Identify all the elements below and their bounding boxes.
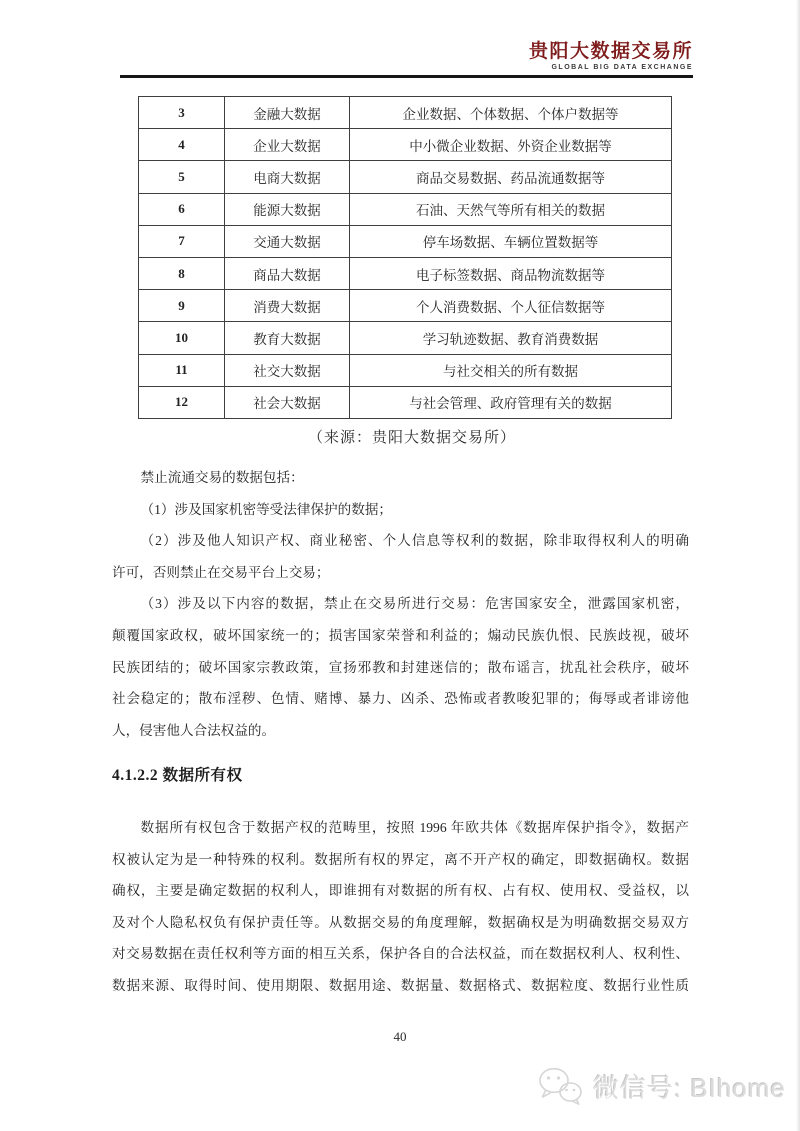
row-number-cell: 11 <box>139 354 225 386</box>
text-line: 对交易数据在责任权利等方面的相互关系，保护各自的合法权益，而在数据权利人、权利性… <box>112 938 689 970</box>
category-cell: 金融大数据 <box>225 97 350 129</box>
row-number-cell: 12 <box>139 386 225 418</box>
page-number: 40 <box>0 1029 800 1045</box>
table-row: 8 商品大数据 电子标签数据、商品物流数据等 <box>139 257 672 289</box>
category-cell: 商品大数据 <box>225 257 350 289</box>
row-number-cell: 6 <box>139 193 225 225</box>
text-line: 许可，否则禁止在交易平台上交易； <box>112 557 689 589</box>
text-line: 确权，主要是确定数据的权利人，即谁拥有对数据的所有权、占有权、使用权、受益权，以 <box>112 875 689 907</box>
text-line: 数据来源、取得时间、使用期限、数据用途、数据量、数据格式、数据粒度、数据行业性质 <box>112 970 689 1002</box>
description-cell: 与社交相关的所有数据 <box>350 354 672 386</box>
description-cell: 个人消费数据、个人征信数据等 <box>350 290 672 322</box>
table-row: 6 能源大数据 石油、天然气等所有相关的数据 <box>139 193 672 225</box>
description-cell: 商品交易数据、药品流通数据等 <box>350 161 672 193</box>
description-cell: 电子标签数据、商品物流数据等 <box>350 257 672 289</box>
table-row: 3 金融大数据 企业数据、个体数据、个体户数据等 <box>139 97 672 129</box>
brand-logo-text: 贵阳大数据交易所 <box>120 41 693 62</box>
text-line: 社会稳定的；散布淫秽、色情、赌博、暴力、凶杀、恐怖或者教唆犯罪的；侮辱或者诽谤他 <box>112 683 689 715</box>
row-number-cell: 9 <box>139 290 225 322</box>
table-row: 11 社交大数据 与社交相关的所有数据 <box>139 354 672 386</box>
category-cell: 消费大数据 <box>225 290 350 322</box>
table-row: 9 消费大数据 个人消费数据、个人征信数据等 <box>139 290 672 322</box>
text-line: 颠覆国家政权，破坏国家统一的；损害国家荣誉和利益的；煽动民族仇恨、民族歧视，破坏 <box>112 620 689 652</box>
description-cell: 学习轨迹数据、教育消费数据 <box>350 322 672 354</box>
text-line: 权被认定为是一种特殊的权利。数据所有权的界定，离不开产权的确定，即数据确权。数据 <box>112 844 689 876</box>
list-item-2: （2）涉及他人知识产权、商业秘密、个人信息等权利的数据，除非取得权利人的明确 <box>112 525 689 557</box>
category-cell: 交通大数据 <box>225 225 350 257</box>
section-heading: 4.1.2.2 数据所有权 <box>112 763 243 785</box>
page-header: 贵阳大数据交易所 GLOBAL BIG DATA EXCHANGE <box>120 41 693 78</box>
table-source-note: （来源：贵阳大数据交易所） <box>112 426 712 447</box>
category-cell: 电商大数据 <box>225 161 350 193</box>
document-page: 贵阳大数据交易所 GLOBAL BIG DATA EXCHANGE 3 金融大数… <box>0 0 800 1131</box>
brand-logo-subtext: GLOBAL BIG DATA EXCHANGE <box>120 63 693 72</box>
text-line: 人，侵害他人合法权益的。 <box>112 715 689 747</box>
text-line: 民族团结的；破坏国家宗教政策，宣扬邪教和封建迷信的；散布谣言，扰乱社会秩序，破坏 <box>112 652 689 684</box>
list-item-3: （3）涉及以下内容的数据，禁止在交易所进行交易：危害国家安全，泄露国家机密， <box>112 588 689 620</box>
data-categories-table: 3 金融大数据 企业数据、个体数据、个体户数据等 4 企业大数据 中小微企业数据… <box>138 96 672 419</box>
watermark-text: 微信号: BIhome <box>593 1068 786 1105</box>
category-cell: 社会大数据 <box>225 386 350 418</box>
table-row: 7 交通大数据 停车场数据、车辆位置数据等 <box>139 225 672 257</box>
row-number-cell: 10 <box>139 322 225 354</box>
row-number-cell: 7 <box>139 225 225 257</box>
row-number-cell: 8 <box>139 257 225 289</box>
table-row: 4 企业大数据 中小微企业数据、外资企业数据等 <box>139 129 672 161</box>
wechat-watermark: 微信号: BIhome <box>537 1066 786 1106</box>
table-row: 12 社会大数据 与社会管理、政府管理有关的数据 <box>139 386 672 418</box>
description-cell: 中小微企业数据、外资企业数据等 <box>350 129 672 161</box>
category-cell: 社交大数据 <box>225 354 350 386</box>
description-cell: 企业数据、个体数据、个体户数据等 <box>350 97 672 129</box>
text-line: 禁止流通交易的数据包括： <box>112 462 689 494</box>
description-cell: 停车场数据、车辆位置数据等 <box>350 225 672 257</box>
list-item-1: （1）涉及国家机密等受法律保护的数据； <box>112 494 689 526</box>
row-number-cell: 4 <box>139 129 225 161</box>
data-ownership-paragraph: 数据所有权包含于数据产权的范畴里，按照 1996 年欧共体《数据库保护指令》，数… <box>112 812 689 1002</box>
wechat-icon <box>537 1066 583 1106</box>
category-cell: 企业大数据 <box>225 129 350 161</box>
row-number-cell: 5 <box>139 161 225 193</box>
text-line: 及对个人隐私权负有保护责任等。从数据交易的角度理解，数据确权是为明确数据交易双方 <box>112 907 689 939</box>
category-cell: 教育大数据 <box>225 322 350 354</box>
description-cell: 与社会管理、政府管理有关的数据 <box>350 386 672 418</box>
table-row: 5 电商大数据 商品交易数据、药品流通数据等 <box>139 161 672 193</box>
row-number-cell: 3 <box>139 97 225 129</box>
text-line: 数据所有权包含于数据产权的范畴里，按照 1996 年欧共体《数据库保护指令》，数… <box>112 812 689 844</box>
prohibited-data-paragraph: 禁止流通交易的数据包括： （1）涉及国家机密等受法律保护的数据； （2）涉及他人… <box>112 462 689 746</box>
description-cell: 石油、天然气等所有相关的数据 <box>350 193 672 225</box>
table-row: 10 教育大数据 学习轨迹数据、教育消费数据 <box>139 322 672 354</box>
category-cell: 能源大数据 <box>225 193 350 225</box>
